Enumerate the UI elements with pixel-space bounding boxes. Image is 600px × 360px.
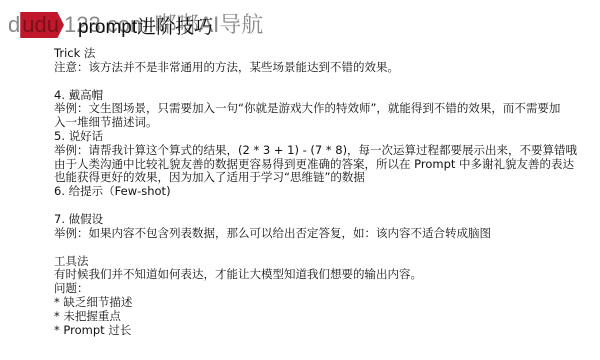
problem-item: * 未把握重点 [54,310,594,324]
item5-line3: 也能获得更好的效果，因为加入了适用于学习“思维链”的数据 [54,171,594,185]
item6-heading: 6. 给提示（Few-shot) [54,185,594,199]
item4-heading: 4. 戴高帽 [54,89,594,103]
problem-item: * 缺乏细节描述 [54,296,594,310]
problems-label: 问题： [54,282,594,296]
item7-heading: 7. 做假设 [54,213,594,227]
item4-line2: 入一堆细节描述词。 [54,116,594,130]
watermark-logo-badge: udu [20,12,64,38]
trick-note: 注意：该方法并不是非常通用的方法，某些场景能达到不错的效果。 [54,61,594,75]
item5-line1: 举例：请帮我计算这个算式的结果，(2 * 3 + 1) - (7 * 8)，每一… [54,144,594,158]
item5-line2: 由于人类沟通中比较礼貌友善的数据更容易得到更准确的答案，所以在 Prompt 中… [54,158,594,172]
item4-line1: 举例：文生图场景，只需要加入一句“你就是游戏大作的特效师”，就能得到不错的效果，… [54,102,594,116]
watermark-d: d [8,12,20,37]
problem-item: * Prompt 过长 [54,324,594,338]
page-title: prompt进阶技巧 [78,12,213,39]
tools-line1: 有时候我们并不知道如何表达，才能让大模型知道我们想要的输出内容。 [54,268,594,282]
trick-heading: Trick 法 [54,47,594,61]
tools-heading: 工具法 [54,255,594,269]
item5-heading: 5. 说好话 [54,130,594,144]
document-body: Trick 法 注意：该方法并不是非常通用的方法，某些场景能达到不错的效果。 4… [54,47,594,337]
item7-line1: 举例：如果内容不包含列表数据，那么可以给出否定答复，如：该内容不适合转成脑图 [54,227,594,241]
